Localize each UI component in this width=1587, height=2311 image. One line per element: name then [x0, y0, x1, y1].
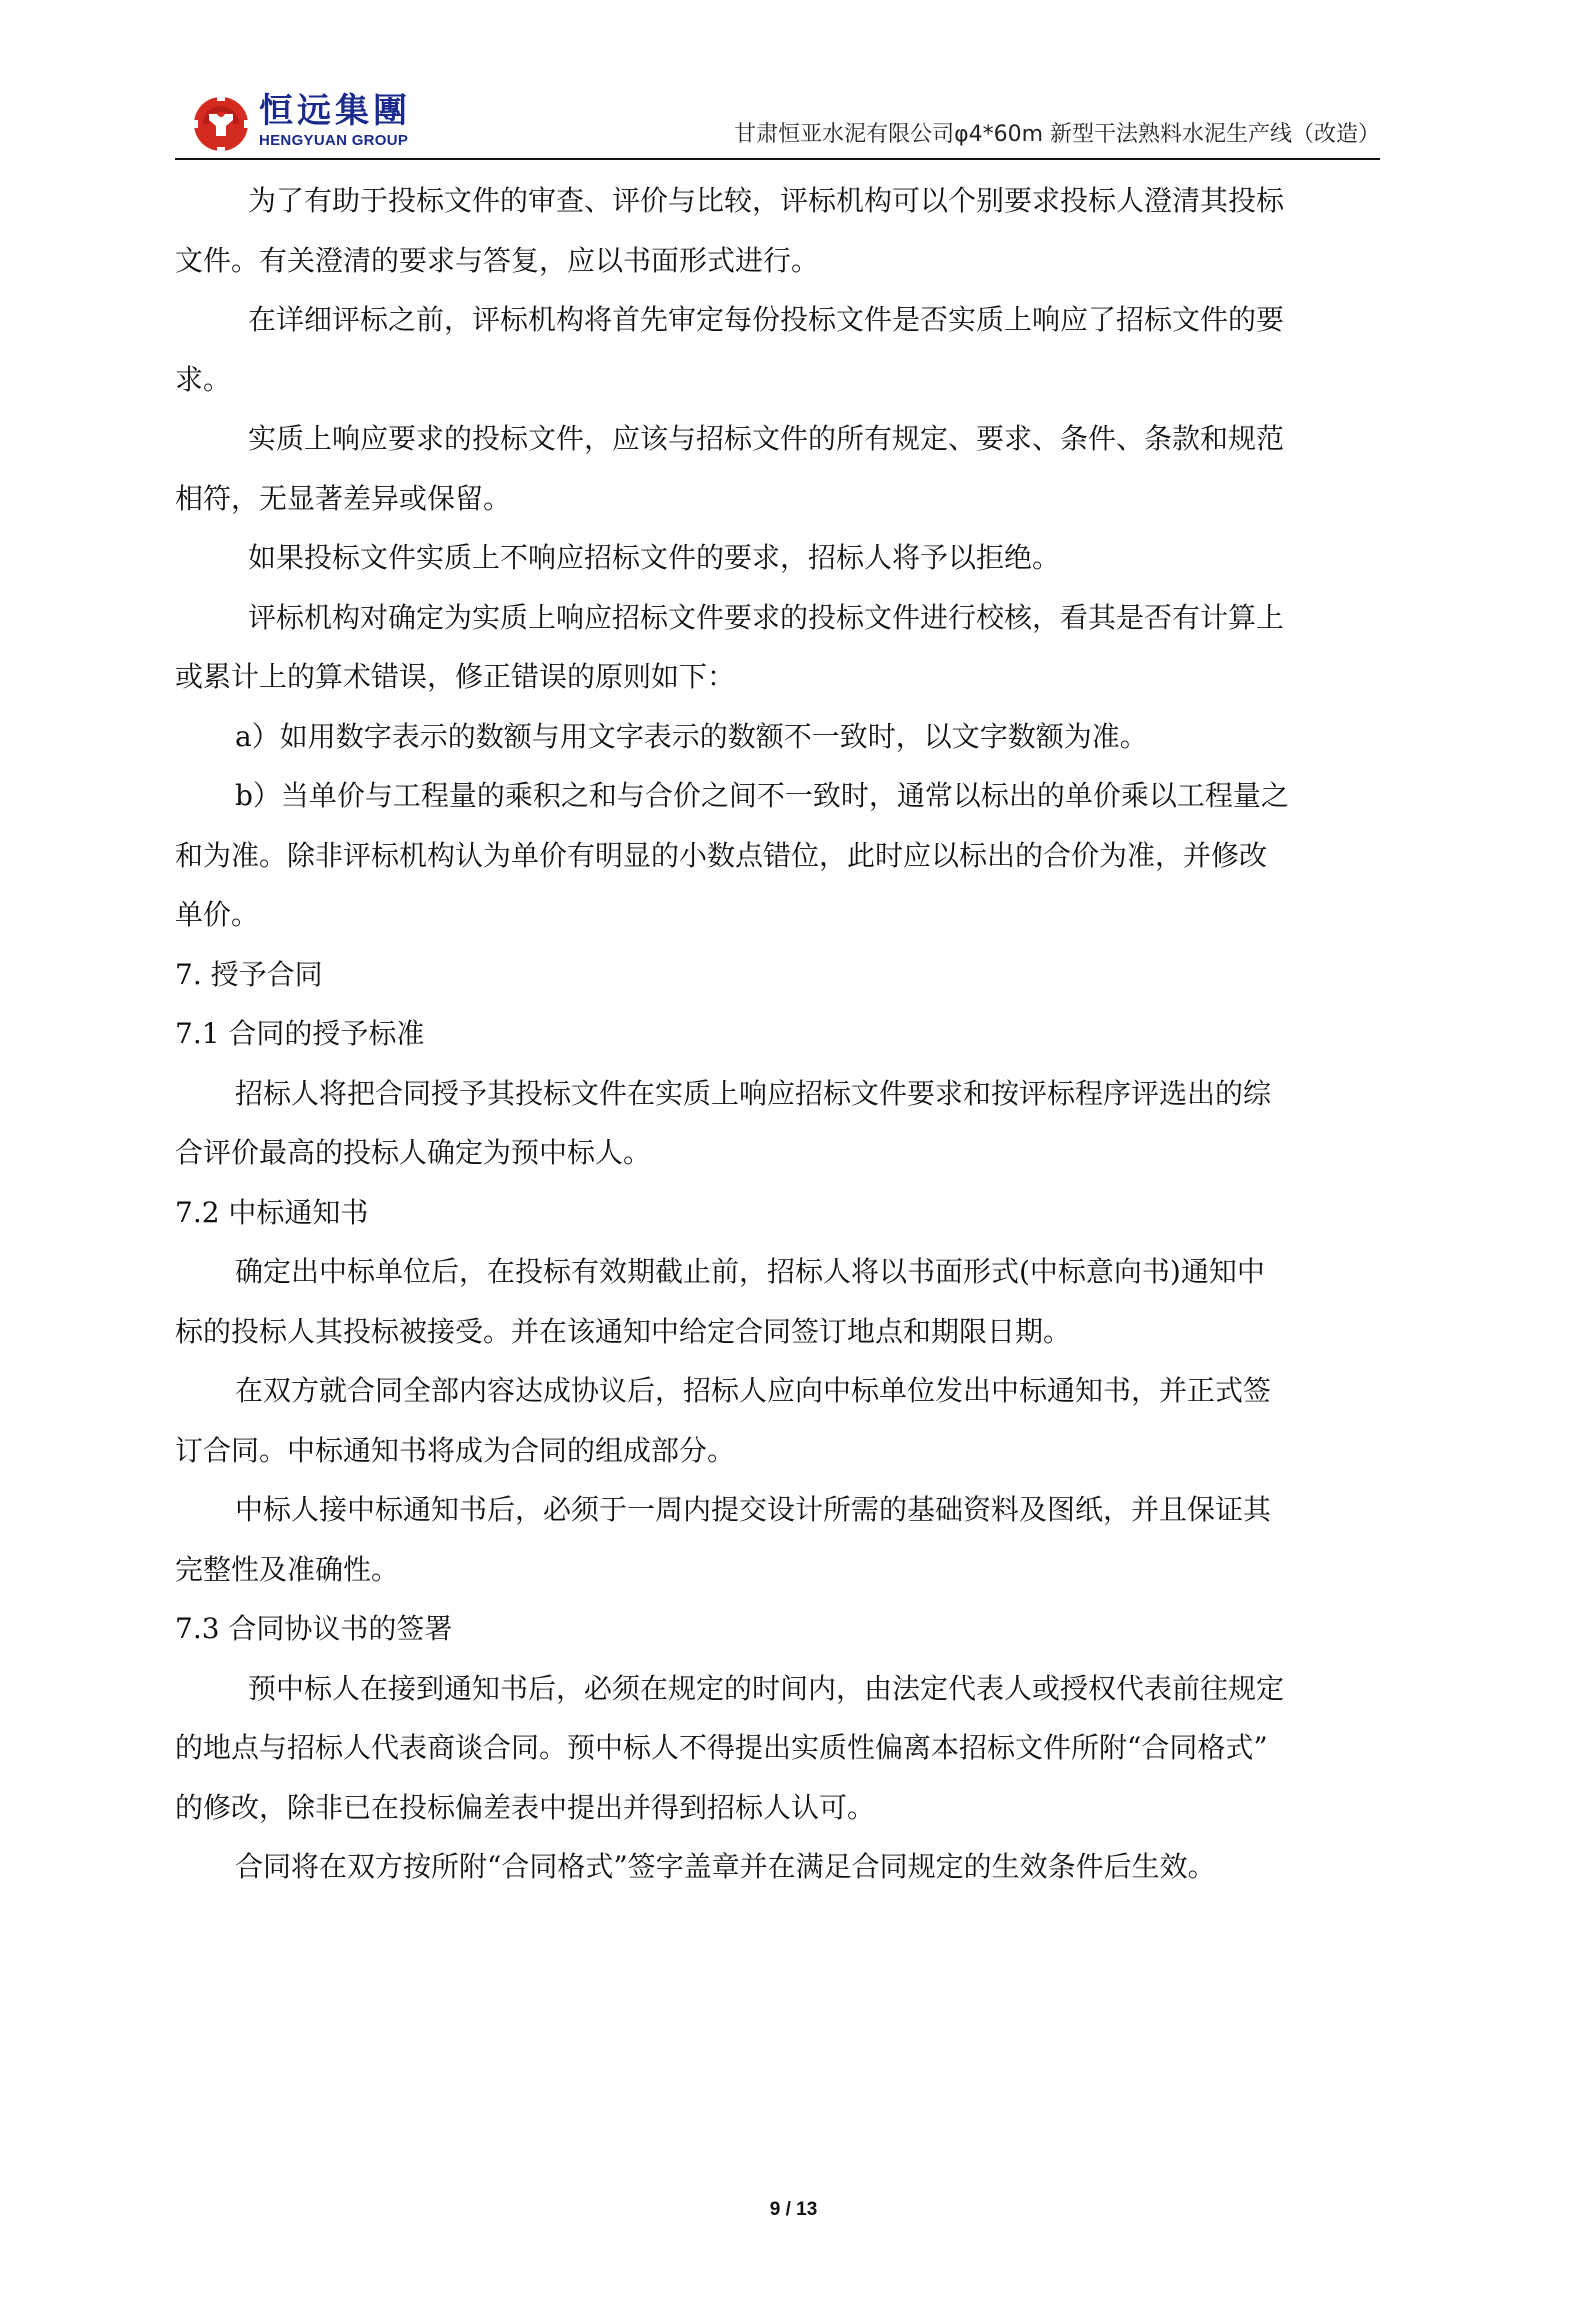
header-divider — [175, 158, 1380, 160]
paragraph-line: 中标人接中标通知书后，必须于一周内提交设计所需的基础资料及图纸，并且保证其 — [175, 1480, 1385, 1540]
section-heading-7: 7. 授予合同 — [175, 945, 1385, 1005]
document-body: 为了有助于投标文件的审查、评价与比较，评标机构可以个别要求投标人澄清其投标 文件… — [175, 171, 1385, 1897]
paragraph-line: 在双方就合同全部内容达成协议后，招标人应向中标单位发出中标通知书，并正式签 — [175, 1361, 1385, 1421]
paragraph-line: 评标机构对确定为实质上响应招标文件要求的投标文件进行校核，看其是否有计算上 — [175, 588, 1385, 648]
paragraph-line: 和为准。除非评标机构认为单价有明显的小数点错位，此时应以标出的合价为准，并修改 — [175, 826, 1385, 886]
paragraph-line: 确定出中标单位后，在投标有效期截止前，招标人将以书面形式(中标意向书)通知中 — [175, 1242, 1385, 1302]
paragraph-line: 或累计上的算术错误，修正错误的原则如下： — [175, 647, 1385, 707]
page-number: 9 / 13 — [0, 2199, 1587, 2221]
paragraph-line: 标的投标人其投标被接受。并在该通知中给定合同签订地点和期限日期。 — [175, 1302, 1385, 1362]
paragraph-line: 相符，无显著差异或保留。 — [175, 469, 1385, 529]
list-item-a: a）如用数字表示的数额与用文字表示的数额不一致时，以文字数额为准。 — [175, 707, 1385, 767]
paragraph-line: 求。 — [175, 350, 1385, 410]
paragraph-line: 为了有助于投标文件的审查、评价与比较，评标机构可以个别要求投标人澄清其投标 — [175, 171, 1385, 231]
paragraph-line: 完整性及准确性。 — [175, 1540, 1385, 1600]
company-logo: 恒远集團 HENGYUAN GROUP — [193, 90, 473, 156]
list-item-b: b）当单价与工程量的乘积之和与合价之间不一致时，通常以标出的单价乘以工程量之 — [175, 766, 1385, 826]
paragraph-line: 实质上响应要求的投标文件，应该与招标文件的所有规定、要求、条件、条款和规范 — [175, 409, 1385, 469]
document-header-title: 甘肃恒亚水泥有限公司φ4*60m 新型干法熟料水泥生产线（改造） — [734, 120, 1380, 150]
paragraph-line: 招标人将把合同授予其投标文件在实质上响应招标文件要求和按评标程序评选出的综 — [175, 1064, 1385, 1124]
paragraph-line: 单价。 — [175, 885, 1385, 945]
paragraph-line: 文件。有关澄清的要求与答复，应以书面形式进行。 — [175, 231, 1385, 291]
hengyuan-logo-icon — [193, 96, 249, 152]
section-heading-7-3: 7.3 合同协议书的签署 — [175, 1599, 1385, 1659]
section-heading-7-2: 7.2 中标通知书 — [175, 1183, 1385, 1243]
paragraph-line: 在详细评标之前，评标机构将首先审定每份投标文件是否实质上响应了招标文件的要 — [175, 290, 1385, 350]
document-page: 恒远集團 HENGYUAN GROUP 甘肃恒亚水泥有限公司φ4*60m 新型干… — [0, 0, 1587, 2311]
paragraph-line: 订合同。中标通知书将成为合同的组成部分。 — [175, 1421, 1385, 1481]
paragraph-line: 的修改，除非已在投标偏差表中提出并得到招标人认可。 — [175, 1778, 1385, 1838]
section-heading-7-1: 7.1 合同的授予标准 — [175, 1004, 1385, 1064]
logo-english-text: HENGYUAN GROUP — [259, 132, 408, 150]
paragraph-line: 合同将在双方按所附“合同格式”签字盖章并在满足合同规定的生效条件后生效。 — [175, 1837, 1385, 1897]
paragraph-line: 预中标人在接到通知书后，必须在规定的时间内，由法定代表人或授权代表前往规定 — [175, 1659, 1385, 1719]
paragraph-line: 如果投标文件实质上不响应招标文件的要求，招标人将予以拒绝。 — [175, 528, 1385, 588]
logo-chinese-text: 恒远集團 — [259, 90, 411, 132]
page-header: 恒远集團 HENGYUAN GROUP 甘肃恒亚水泥有限公司φ4*60m 新型干… — [175, 84, 1380, 160]
paragraph-line: 合评价最高的投标人确定为预中标人。 — [175, 1123, 1385, 1183]
paragraph-line: 的地点与招标人代表商谈合同。预中标人不得提出实质性偏离本招标文件所附“合同格式” — [175, 1718, 1385, 1778]
